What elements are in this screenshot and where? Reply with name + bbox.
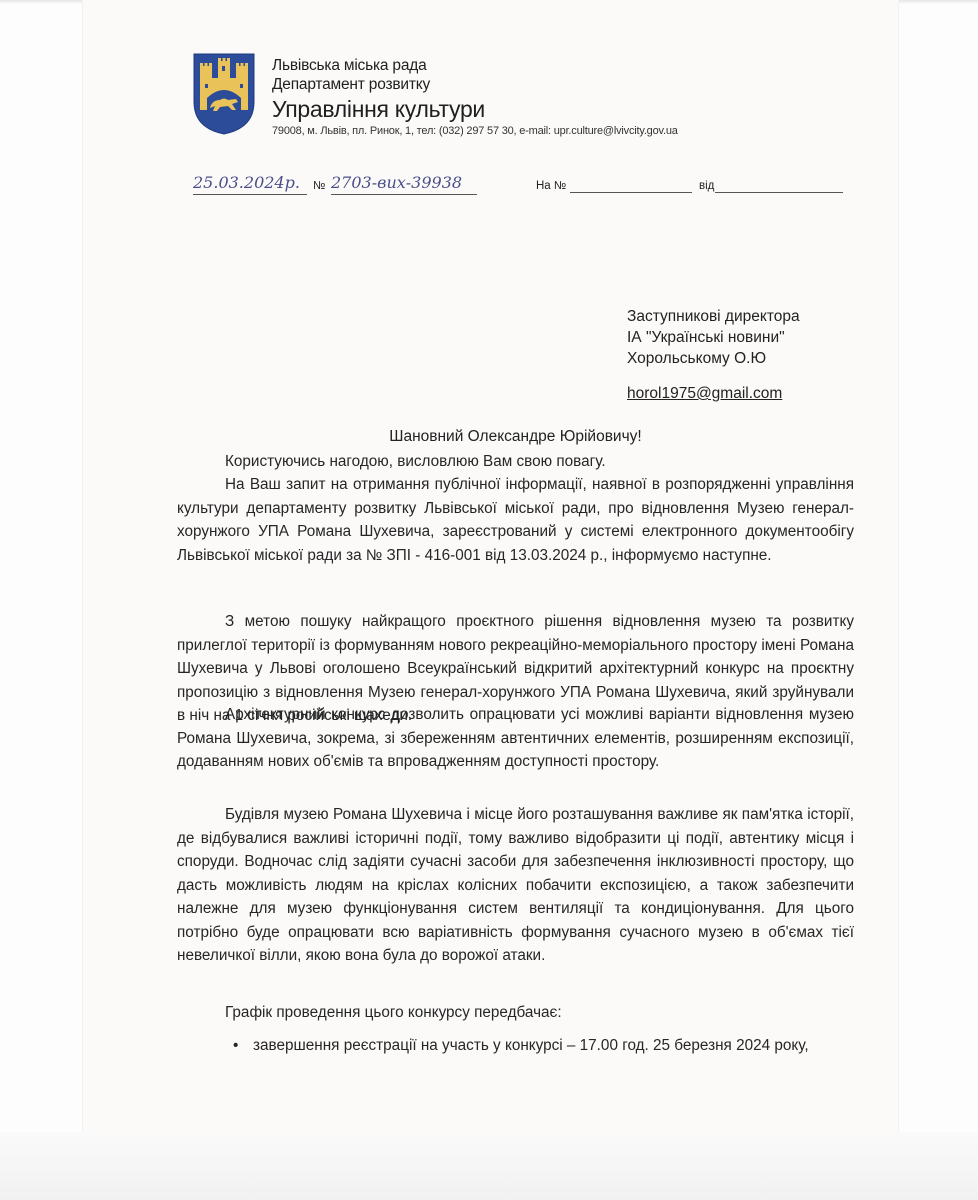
contact-address: 79008, м. Львів, пл. Ринок, 1, тел: (032… [272,124,678,138]
addressee-position: Заступникові директора [627,306,800,327]
paragraph-greeting: Користуючись нагодою, висловлюю Вам свою… [177,450,854,474]
schedule-item-text: завершення реєстрації на участь у конкур… [253,1037,809,1054]
bullet-icon: • [233,1034,238,1058]
outgoing-number: 2703-вих-39938 [331,172,477,195]
paragraph-text: Архітектурний конкурс дозволить опрацюва… [177,703,854,774]
lviv-coat-of-arms-icon [192,52,256,136]
reference-blank-line [570,192,692,193]
from-blank-line [715,192,843,193]
registration-row: 25.03.2024р. № 2703-вих-39938 На № від [193,172,853,198]
paragraph-text: На Ваш запит на отримання публічної інфо… [177,473,854,567]
letterhead: Львівська міська рада Департамент розвит… [272,56,678,138]
paragraph-options: Архітектурний конкурс дозволить опрацюва… [177,703,854,774]
outgoing-date: 25.03.2024р. [193,172,307,195]
page-bottom-margin [0,1132,978,1200]
addressee-email-link[interactable]: horol1975@gmail.com [627,385,782,403]
paragraph-text: Графік проведення цього конкурсу передба… [177,1001,854,1025]
council-name: Львівська міська рада [272,56,678,75]
reference-label: На № [536,180,566,192]
addressee-name: Хорольському О.Ю [627,348,800,369]
department-name: Департамент розвитку [272,75,678,94]
paragraph-building: Будівля музею Романа Шухевича і місце йо… [177,803,854,968]
paragraph-schedule-intro: Графік проведення цього конкурсу передба… [177,1001,854,1025]
paragraph-text: Користуючись нагодою, висловлюю Вам свою… [177,450,854,474]
paragraph-request: На Ваш запит на отримання публічної інфо… [177,473,854,567]
from-label: від [699,180,714,192]
number-label: № [313,180,325,192]
schedule-list-item: • завершення реєстрації на участь у конк… [253,1034,854,1058]
addressee-block: Заступникові директора ІА "Українські но… [627,306,800,369]
paragraph-text: Будівля музею Романа Шухевича і місце йо… [177,803,854,968]
addressee-organization: ІА "Українські новини" [627,327,800,348]
office-name: Управління культури [272,95,678,123]
salutation: Шановний Олександре Юрійовичу! [177,428,854,446]
